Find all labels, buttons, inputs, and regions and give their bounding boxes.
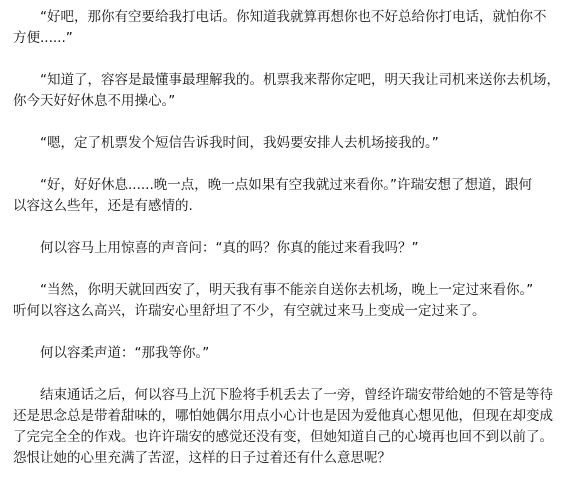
text-line: 何以容马上用惊喜的声音问：“真的吗？你真的能过来看我吗？” [13,238,573,259]
text-line: 怨恨让她的心里充满了苦涩，这样的日子过着还有什么意思呢？ [13,448,573,469]
text-line: “好，好好休息......晚一点，晚一点如果有空我就过来看你。”许瑞安想了想道，… [13,175,573,196]
text-line: “嗯，定了机票发个短信告诉我时间，我妈要安排人去机场接我的。” [13,133,573,154]
text-line: “好吧，那你有空要给我打电话。你知道我就算再想你也不好总给你打电话，就怕你不 [13,7,573,28]
text-line: 了完完全全的作戏。也许许瑞安的感觉还没有变，但她知道自己的心境再也回不到以前了。 [13,427,573,448]
paragraph-8: 结束通话之后，何以容马上沉下脸将手机丢去了一旁，曾经许瑞安带给她的不管是等待 还… [13,385,573,469]
paragraph-6: “当然，你明天就回西安了，明天我有事不能亲自送你去机场，晚上一定过来看你。” 听… [13,280,573,322]
paragraph-3: “嗯，定了机票发个短信告诉我时间，我妈要安排人去机场接我的。” [13,133,573,154]
paragraph-5: 何以容马上用惊喜的声音问：“真的吗？你真的能过来看我吗？” [13,238,573,259]
text-line: “知道了，容容是最懂事最理解我的。机票我来帮你定吧，明天我让司机来送你去机场， [13,70,573,91]
text-line: 听何以容这么高兴，许瑞安心里舒坦了不少，有空就过来马上变成一定过来了。 [13,301,573,322]
text-line: 方便......” [13,28,573,49]
paragraph-7: 何以容柔声道：“那我等你。” [13,343,573,364]
text-line: 以容这么些年，还是有感情的. [13,196,573,217]
document-page: “好吧，那你有空要给我打电话。你知道我就算再想你也不好总给你打电话，就怕你不 方… [0,0,584,480]
paragraph-2: “知道了，容容是最懂事最理解我的。机票我来帮你定吧，明天我让司机来送你去机场， … [13,70,573,112]
paragraph-1: “好吧，那你有空要给我打电话。你知道我就算再想你也不好总给你打电话，就怕你不 方… [13,7,573,49]
text-line: 你今天好好休息不用操心。” [13,91,573,112]
paragraph-4: “好，好好休息......晚一点，晚一点如果有空我就过来看你。”许瑞安想了想道，… [13,175,573,217]
text-line: 何以容柔声道：“那我等你。” [13,343,573,364]
text-line: 还是思念总是带着甜味的，哪怕她偶尔用点小心计也是因为爱他真心想见他，但现在却变成 [13,406,573,427]
text-line: “当然，你明天就回西安了，明天我有事不能亲自送你去机场，晚上一定过来看你。” [13,280,573,301]
text-line: 结束通话之后，何以容马上沉下脸将手机丢去了一旁，曾经许瑞安带给她的不管是等待 [13,385,573,406]
